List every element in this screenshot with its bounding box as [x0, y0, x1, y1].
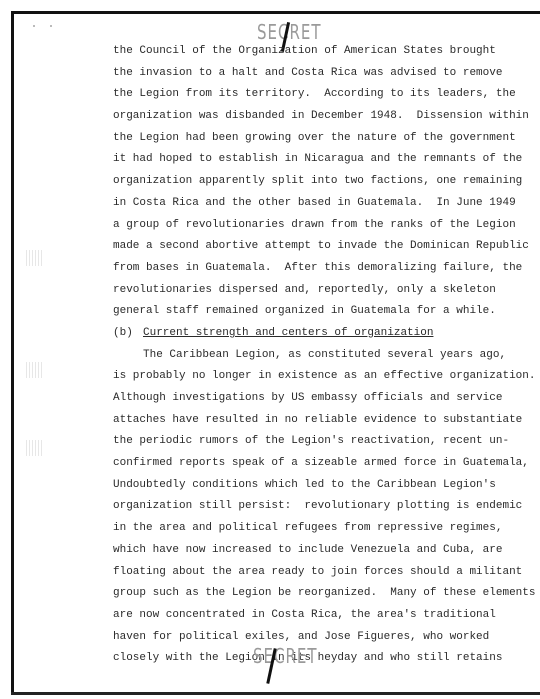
scan-speck [50, 25, 52, 27]
document-body: the Council of the Organization of Ameri… [113, 41, 540, 670]
text-line: the invasion to a halt and Costa Rica wa… [113, 63, 540, 85]
text-line: organization still persist: revolutionar… [113, 496, 540, 518]
page-border-bottom [11, 692, 540, 695]
text-line: attaches have resulted in no reliable ev… [113, 410, 540, 432]
section-title: Current strength and centers of organiza… [143, 327, 433, 339]
text-line: confirmed reports speak of a sizeable ar… [113, 453, 540, 475]
text-line: closely with the Legion in its heyday an… [113, 648, 540, 670]
scan-speck [33, 25, 35, 27]
text-line: Undoubtedly conditions which led to the … [113, 475, 540, 497]
text-line: the Legion had been growing over the nat… [113, 128, 540, 150]
scan-artifact [26, 440, 42, 456]
text-line: organization apparently split into two f… [113, 171, 540, 193]
text-line: a group of revolutionaries drawn from th… [113, 215, 540, 237]
text-line: haven for political exiles, and Jose Fig… [113, 627, 540, 649]
text-line: The Caribbean Legion, as constituted sev… [113, 345, 540, 367]
text-line: general staff remained organized in Guat… [113, 301, 540, 323]
text-line: floating about the area ready to join fo… [113, 562, 540, 584]
scan-artifact [26, 250, 42, 266]
section-label: (b) [113, 323, 143, 345]
text-line: in Costa Rica and the other based in Gua… [113, 193, 540, 215]
page-border-left [11, 11, 14, 695]
classification-stamp-bottom: SECRET [253, 644, 318, 668]
text-line: from bases in Guatemala. After this demo… [113, 258, 540, 280]
text-line: the periodic rumors of the Legion's reac… [113, 431, 540, 453]
text-line: group such as the Legion be reorganized.… [113, 583, 540, 605]
text-line: organization was disbanded in December 1… [113, 106, 540, 128]
text-line: made a second abortive attempt to invade… [113, 236, 540, 258]
text-line: in the area and political refugees from … [113, 518, 540, 540]
section-heading: (b)Current strength and centers of organ… [113, 323, 540, 345]
text-line: is probably no longer in existence as an… [113, 366, 540, 388]
text-line: the Council of the Organization of Ameri… [113, 41, 540, 63]
text-line: the Legion from its territory. According… [113, 84, 540, 106]
text-line: which have now increased to include Vene… [113, 540, 540, 562]
page-border-top [11, 11, 540, 14]
text-line: it had hoped to establish in Nicaragua a… [113, 149, 540, 171]
text-line: revolutionaries dispersed and, reportedl… [113, 280, 540, 302]
text-line: Although investigations by US embassy of… [113, 388, 540, 410]
text-line: are now concentrated in Costa Rica, the … [113, 605, 540, 627]
scan-artifact [26, 362, 42, 378]
